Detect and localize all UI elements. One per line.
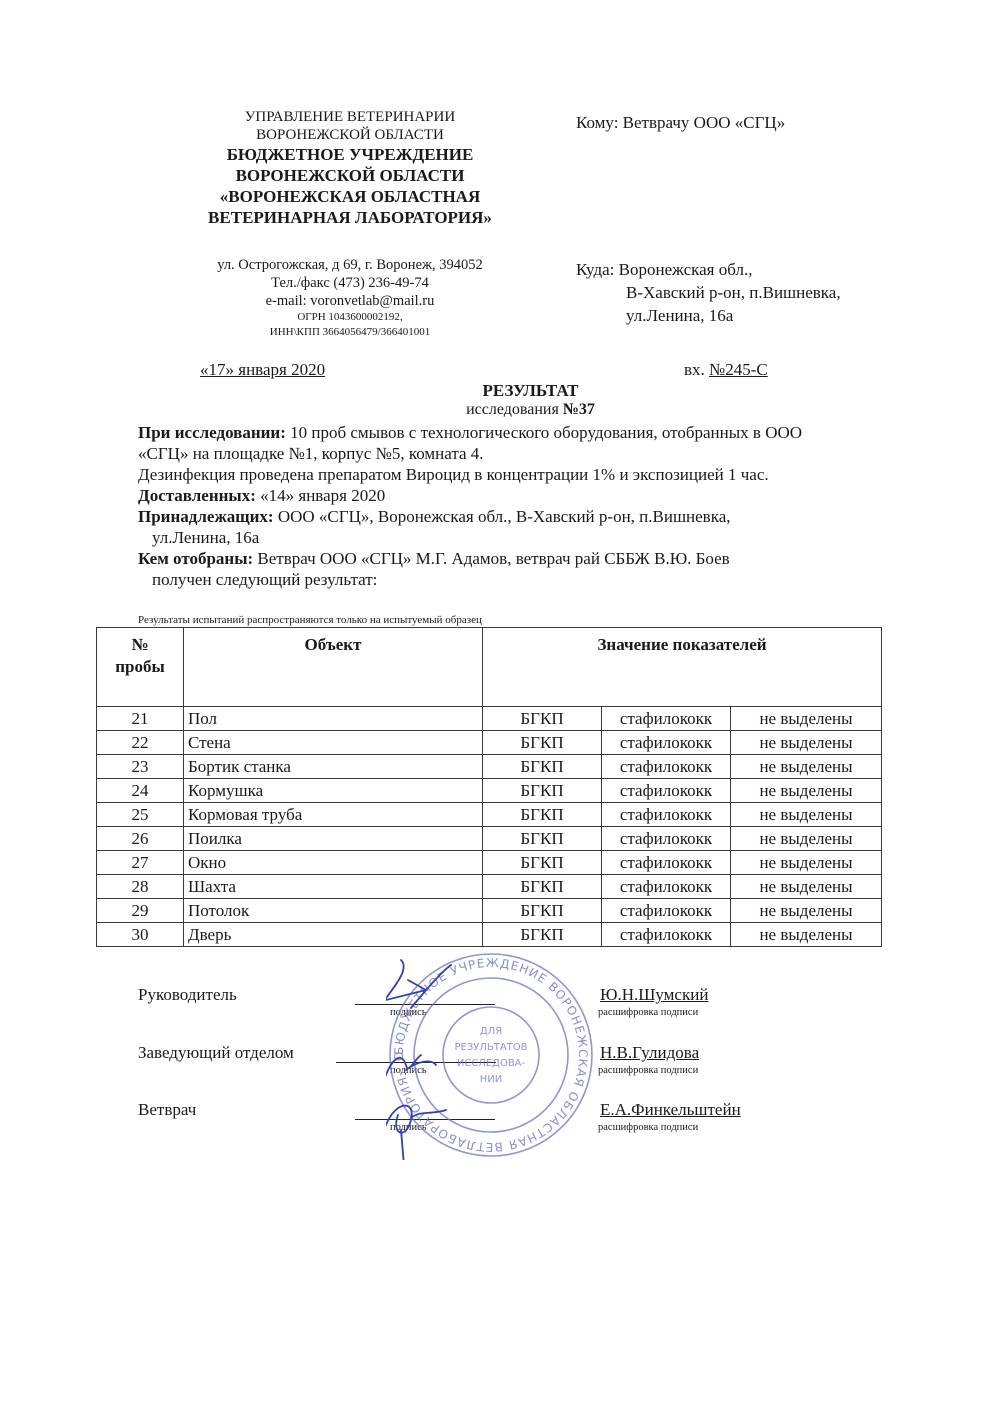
sample-object: Кормовая труба [184,803,483,827]
indicator-bgkp: БГКП [483,827,602,851]
document-date: «17» января 2020 [200,360,325,380]
indicator-bgkp: БГКП [483,755,602,779]
institution-line: БЮДЖЕТНОЕ УЧРЕЖДЕНИЕ [175,144,525,165]
sample-object: Бортик станка [184,755,483,779]
phone: Тел./факс (473) 236-49-74 [175,274,525,292]
indicator-bgkp: БГКП [483,851,602,875]
sample-number: 26 [97,827,184,851]
sampled-text: Ветврач ООО «СГЦ» М.Г. Адамов, ветврач р… [257,549,729,568]
header-object: Объект [184,628,483,707]
table-row: 30ДверьБГКПстафилококкне выделены [97,923,882,947]
indicator-staph: стафилококк [602,827,731,851]
result-intro: получен следующий результат: [138,569,958,590]
header-values: Значение показателей [483,628,882,707]
disinfection-text: Дезинфекция проведена препаратом Вироцид… [138,464,958,485]
results-table: №пробы Объект Значение показателей 21Пол… [96,627,882,947]
table-row: 22СтенаБГКПстафилококкне выделены [97,731,882,755]
where-line: В-Хавский р-он, п.Вишневка, [576,281,841,304]
signer-name-caption: расшифровка подписи [598,1122,698,1133]
indicator-staph: стафилококк [602,899,731,923]
sample-object: Пол [184,707,483,731]
svg-text:РЕЗУЛЬТАТОВ: РЕЗУЛЬТАТОВ [454,1042,527,1053]
sample-object: Поилка [184,827,483,851]
issuer-header: УПРАВЛЕНИЕ ВЕТЕРИНАРИИ ВОРОНЕЖСКОЙ ОБЛАС… [175,108,525,228]
test-result: не выделены [731,731,882,755]
institution-line: «ВОРОНЕЖСКАЯ ОБЛАСТНАЯ [175,186,525,207]
test-result: не выделены [731,779,882,803]
indicator-bgkp: БГКП [483,707,602,731]
results-note: Результаты испытаний распространяются то… [138,614,482,626]
table-row: 23Бортик станкаБГКПстафилококкне выделен… [97,755,882,779]
ref-number: №245-С [709,360,768,379]
subtitle-text: исследования [466,401,559,418]
test-result: не выделены [731,755,882,779]
sample-object: Шахта [184,875,483,899]
where-line: Воронежская обл., [619,260,753,279]
indicator-bgkp: БГКП [483,875,602,899]
svg-text:ИССЛЕДОВА-: ИССЛЕДОВА- [457,1058,526,1069]
sample-object: Окно [184,851,483,875]
sample-number: 28 [97,875,184,899]
delivered-text: «14» января 2020 [260,486,385,505]
issuer-line: УПРАВЛЕНИЕ ВЕТЕРИНАРИИ [175,108,525,126]
indicator-staph: стафилококк [602,851,731,875]
table-row: 28ШахтаБГКПстафилококкне выделены [97,875,882,899]
sample-object: Кормушка [184,779,483,803]
table-row: 24КормушкаБГКПстафилококкне выделены [97,779,882,803]
signer-name: Н.В.Гулидова [600,1043,699,1063]
signer-name-caption: расшифровка подписи [598,1007,698,1018]
indicator-staph: стафилококк [602,779,731,803]
sample-number: 22 [97,731,184,755]
sample-number: 23 [97,755,184,779]
svg-text:НИИ: НИИ [480,1074,502,1085]
test-result: не выделены [731,827,882,851]
svg-text:ДЛЯ: ДЛЯ [480,1026,502,1037]
test-result: не выделены [731,803,882,827]
indicator-staph: стафилококк [602,803,731,827]
where-line: ул.Ленина, 16а [576,304,841,327]
table-row: 25Кормовая трубаБГКПстафилококкне выделе… [97,803,882,827]
owner-text: ООО «СГЦ», Воронежская обл., В-Хавский р… [278,507,731,526]
indicator-bgkp: БГКП [483,803,602,827]
indicator-staph: стафилококк [602,755,731,779]
indicator-bgkp: БГКП [483,779,602,803]
sample-number: 30 [97,923,184,947]
table-header-row: №пробы Объект Значение показателей [97,628,882,707]
sample-number: 25 [97,803,184,827]
owner-text-2: ул.Ленина, 16а [138,527,958,548]
research-number: №37 [563,401,595,418]
indicator-staph: стафилококк [602,923,731,947]
email: e-mail: voronvetlab@mail.ru [175,292,525,310]
header-num: №пробы [97,628,184,707]
table-row: 21ПолБГКПстафилококкне выделены [97,707,882,731]
ogrn: ОГРН 1043600002192, [175,310,525,325]
research-text: 10 проб смывов с технологического оборуд… [290,423,802,442]
sample-number: 21 [97,707,184,731]
signer-name: Е.А.Финкельштейн [600,1100,741,1120]
test-result: не выделены [731,707,882,731]
table-row: 27ОкноБГКПстафилококкне выделены [97,851,882,875]
page-title: РЕЗУЛЬТАТ [0,381,999,401]
test-result: не выделены [731,875,882,899]
test-result: не выделены [731,899,882,923]
where-label: Куда: [576,260,614,279]
delivered-label: Доставленных: [138,486,256,505]
research-details: При исследовании: 10 проб смывов с техно… [138,422,958,590]
address: ул. Острогожская, д 69, г. Воронеж, 3940… [175,256,525,274]
signer-name: Ю.Н.Шумский [600,985,708,1005]
research-label: При исследовании: [138,423,286,442]
table-row: 29ПотолокБГКПстафилококкне выделены [97,899,882,923]
indicator-staph: стафилококк [602,875,731,899]
indicator-bgkp: БГКП [483,731,602,755]
sample-number: 29 [97,899,184,923]
signer-role: Руководитель [138,985,237,1005]
indicator-staph: стафилококк [602,707,731,731]
owner-label: Принадлежащих: [138,507,274,526]
table-body: 21ПолБГКПстафилококкне выделены22СтенаБГ… [97,707,882,947]
recipient-to: Кому: Ветврачу ООО «СГЦ» [576,113,785,133]
research-text-2: «СГЦ» на площадке №1, корпус №5, комната… [138,443,958,464]
indicator-bgkp: БГКП [483,899,602,923]
inn-kpp: ИНН\КПП 3664056479/366401001 [175,325,525,340]
recipient-address: Куда: Воронежская обл., В-Хавский р-он, … [576,258,841,327]
official-stamp: БЮДЖЕТНОЕ УЧРЕЖДЕНИЕ ВОРОНЕЖСКАЯ ОБЛАСТН… [386,950,596,1160]
table-row: 26ПоилкаБГКПстафилококкне выделены [97,827,882,851]
signer-role: Ветврач [138,1100,196,1120]
sample-object: Дверь [184,923,483,947]
signer-role: Заведующий отделом [138,1043,294,1063]
sample-number: 24 [97,779,184,803]
test-result: не выделены [731,923,882,947]
indicator-bgkp: БГКП [483,923,602,947]
issuer-line: ВОРОНЕЖСКОЙ ОБЛАСТИ [175,126,525,144]
institution-line: ВОРОНЕЖСКОЙ ОБЛАСТИ [175,165,525,186]
institution-line: ВЕТЕРИНАРНАЯ ЛАБОРАТОРИЯ» [175,207,525,228]
page-subtitle: исследования №37 [0,401,999,419]
incoming-ref: вх. №245-С [684,360,768,380]
sampled-label: Кем отобраны: [138,549,253,568]
ref-prefix: вх. [684,360,705,379]
sample-object: Потолок [184,899,483,923]
test-result: не выделены [731,851,882,875]
indicator-staph: стафилококк [602,731,731,755]
sample-object: Стена [184,731,483,755]
sample-number: 27 [97,851,184,875]
issuer-contacts: ул. Острогожская, д 69, г. Воронеж, 3940… [175,256,525,340]
signer-name-caption: расшифровка подписи [598,1065,698,1076]
